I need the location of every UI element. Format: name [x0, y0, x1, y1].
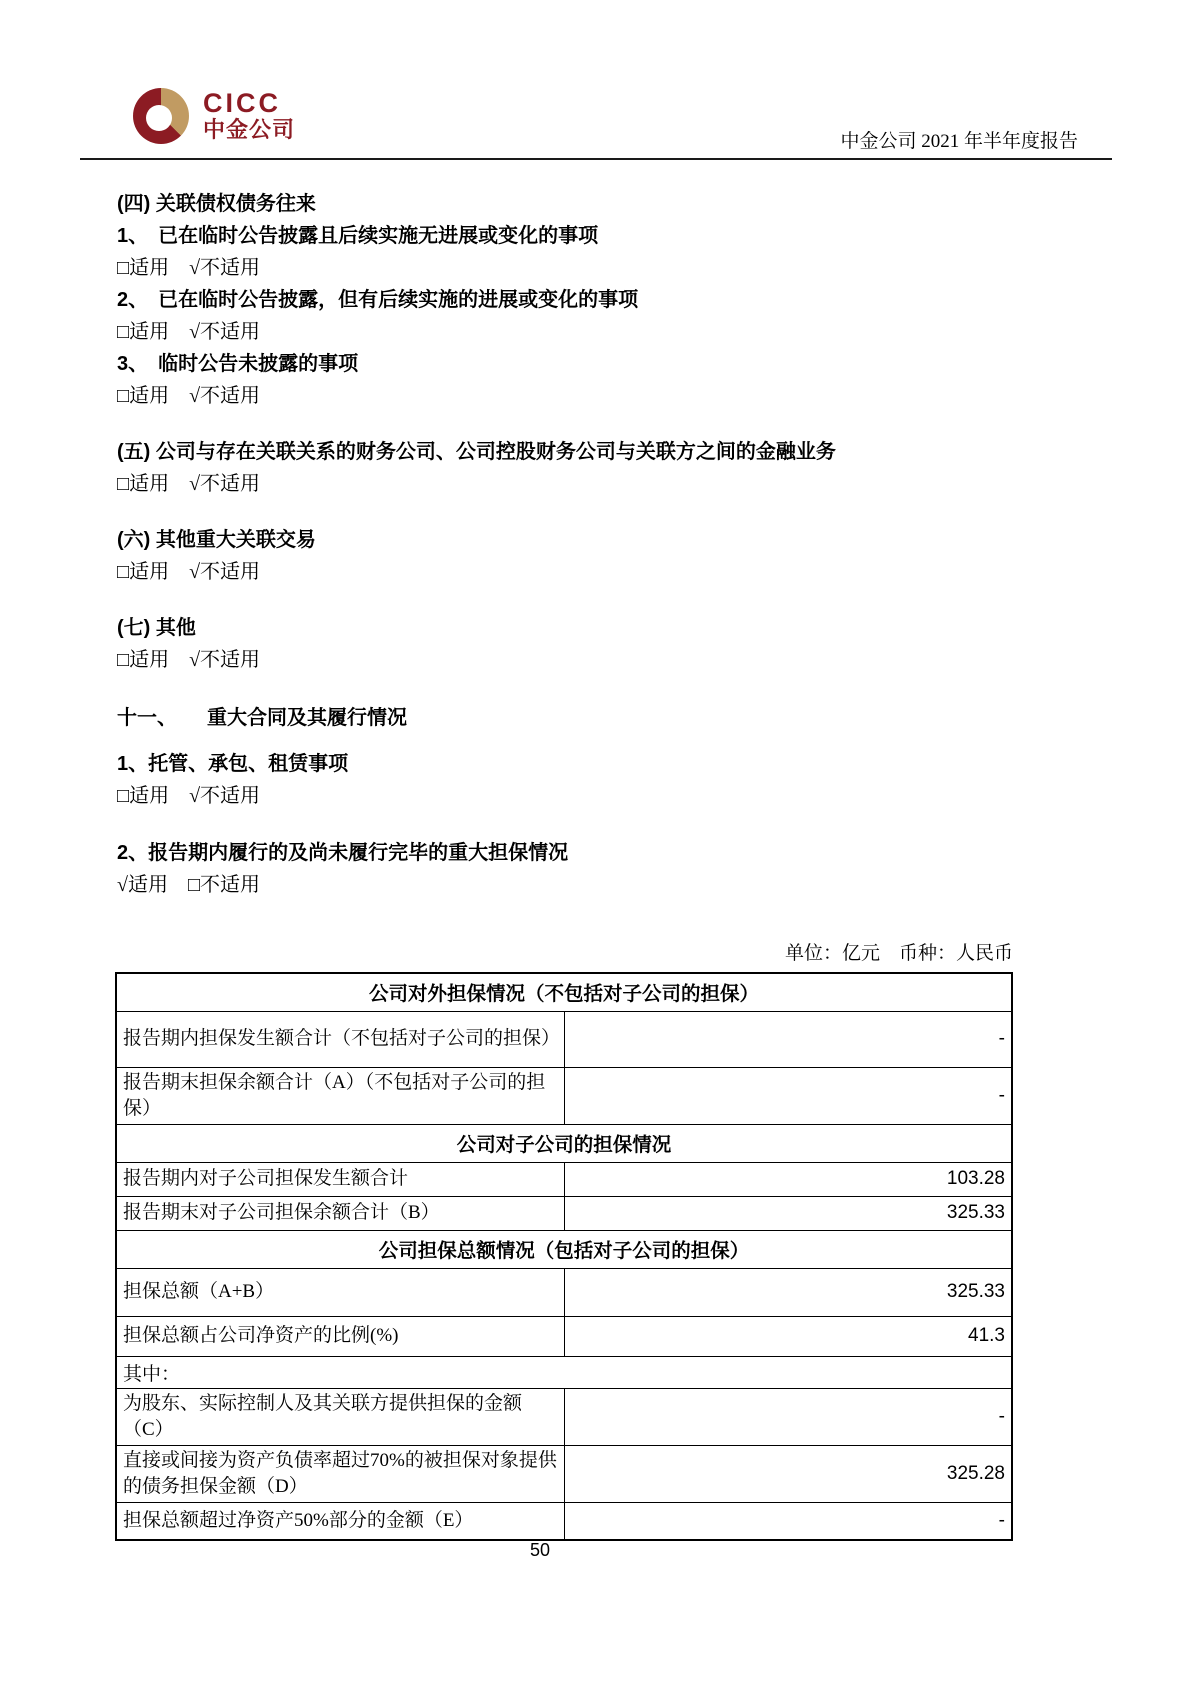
applicability-line: □适用 √不适用 [117, 644, 1075, 676]
row-value: - [564, 1388, 1012, 1445]
row-label: 担保总额占公司净资产的比例(%) [116, 1316, 564, 1356]
row-label: 报告期末担保余额合计（A）（不包括对子公司的担保） [116, 1067, 564, 1124]
table-row: 担保总额超过净资产50%部分的金额（E） - [116, 1502, 1012, 1540]
table-row: 直接或间接为资产负债率超过70%的被担保对象提供的债务担保金额（D） 325.2… [116, 1445, 1012, 1502]
item-heading: 2、报告期内履行的及尚未履行完毕的重大担保情况 [117, 837, 1075, 869]
document-body: (四) 关联债权债务往来 1、 已在临时公告披露且后续实施无进展或变化的事项 □… [117, 188, 1075, 1541]
table-section-header: 公司对子公司的担保情况 [116, 1124, 1012, 1162]
table-row: 担保总额占公司净资产的比例(%) 41.3 [116, 1316, 1012, 1356]
logo-text-zh: 中金公司 [203, 117, 295, 143]
table-section-header: 公司担保总额情况（包括对子公司的担保） [116, 1230, 1012, 1268]
row-label-full: 其中： [116, 1356, 1012, 1388]
table-row: 担保总额（A+B） 325.33 [116, 1268, 1012, 1316]
table-row: 报告期内对子公司担保发生额合计 103.28 [116, 1162, 1012, 1196]
table-row: 报告期末对子公司担保余额合计（B） 325.33 [116, 1196, 1012, 1230]
row-value: 325.28 [564, 1445, 1012, 1502]
guarantee-table: 公司对外担保情况（不包括对子公司的担保） 报告期内担保发生额合计（不包括对子公司… [115, 972, 1013, 1541]
applicability-line: □适用 √不适用 [117, 252, 1075, 284]
cicc-logo-icon [133, 88, 189, 144]
applicability-line: □适用 √不适用 [117, 380, 1075, 412]
report-page: CICC 中金公司 中金公司 2021 年半年度报告 (四) 关联债权债务往来 … [0, 0, 1190, 1683]
table-row: 公司对子公司的担保情况 [116, 1124, 1012, 1162]
table-row: 其中： [116, 1356, 1012, 1388]
section-heading: (七) 其他 [117, 612, 1075, 644]
logo-text-en: CICC [203, 89, 295, 117]
row-value: - [564, 1502, 1012, 1540]
section-heading: (五) 公司与存在关联关系的财务公司、公司控股财务公司与关联方之间的金融业务 [117, 436, 1075, 468]
cicc-logo: CICC 中金公司 [133, 88, 295, 144]
applicability-line: □适用 √不适用 [117, 556, 1075, 588]
item-heading: 1、托管、承包、租赁事项 [117, 748, 1075, 780]
guarantee-table-block: 单位：亿元 币种：人民币 公司对外担保情况（不包括对子公司的担保） 报告期内担保… [115, 941, 1013, 1541]
item-heading: 2、 已在临时公告披露，但有后续实施的进展或变化的事项 [117, 284, 1075, 316]
cicc-logo-text: CICC 中金公司 [203, 89, 295, 143]
section-heading: (六) 其他重大关联交易 [117, 524, 1075, 556]
applicability-line: □适用 √不适用 [117, 468, 1075, 500]
row-label: 报告期内对子公司担保发生额合计 [116, 1162, 564, 1196]
row-value: 103.28 [564, 1162, 1012, 1196]
table-row: 为股东、实际控制人及其关联方提供担保的金额（C） - [116, 1388, 1012, 1445]
table-row: 报告期内担保发生额合计（不包括对子公司的担保） - [116, 1011, 1012, 1067]
row-label: 为股东、实际控制人及其关联方提供担保的金额（C） [116, 1388, 564, 1445]
row-label: 直接或间接为资产负债率超过70%的被担保对象提供的债务担保金额（D） [116, 1445, 564, 1502]
header-divider [80, 158, 1112, 160]
row-label: 报告期末对子公司担保余额合计（B） [116, 1196, 564, 1230]
row-value: 325.33 [564, 1196, 1012, 1230]
applicability-line: □适用 √不适用 [117, 780, 1075, 812]
row-label: 报告期内担保发生额合计（不包括对子公司的担保） [116, 1011, 564, 1067]
item-heading: 3、 临时公告未披露的事项 [117, 348, 1075, 380]
row-value: 41.3 [564, 1316, 1012, 1356]
report-title: 中金公司 2021 年半年度报告 [840, 131, 1078, 153]
unit-currency-line: 单位：亿元 币种：人民币 [115, 941, 1013, 967]
row-value: - [564, 1011, 1012, 1067]
row-value: 325.33 [564, 1268, 1012, 1316]
table-section-header: 公司对外担保情况（不包括对子公司的担保） [116, 973, 1012, 1011]
row-label: 担保总额超过净资产50%部分的金额（E） [116, 1502, 564, 1540]
applicability-line: □适用 √不适用 [117, 316, 1075, 348]
chapter-heading: 十一、 重大合同及其履行情况 [117, 702, 1075, 734]
row-value: - [564, 1067, 1012, 1124]
row-label: 担保总额（A+B） [116, 1268, 564, 1316]
table-row: 公司对外担保情况（不包括对子公司的担保） [116, 973, 1012, 1011]
applicability-line: √适用 □不适用 [117, 869, 1075, 901]
item-heading: 1、 已在临时公告披露且后续实施无进展或变化的事项 [117, 220, 1075, 252]
section-heading: (四) 关联债权债务往来 [117, 188, 1075, 220]
table-row: 公司担保总额情况（包括对子公司的担保） [116, 1230, 1012, 1268]
table-row: 报告期末担保余额合计（A）（不包括对子公司的担保） - [116, 1067, 1012, 1124]
page-number: 50 [0, 1540, 1080, 1561]
